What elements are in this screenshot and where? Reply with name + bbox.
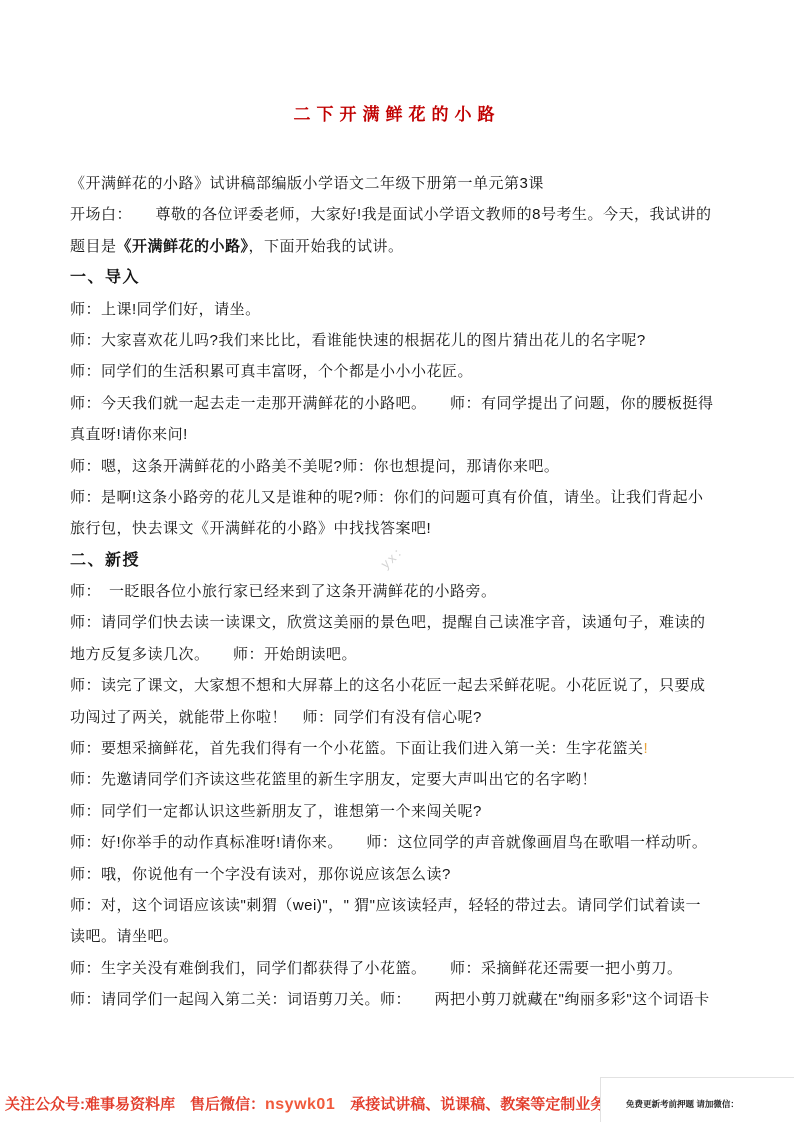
text-line: 师：哦，你说他有一个字没有读对，那你说应该怎么读? xyxy=(70,859,738,890)
text-segment: 师：先邀请同学们齐读这些花篮里的新生字朋友，定要大声叫出它的名字哟！ xyxy=(70,771,597,788)
footer-wechat-id: nsywk01 xyxy=(265,1096,335,1113)
text-segment: 二、新授 xyxy=(70,552,140,569)
text-line: 师：请同学们快去读一读课文，欣赏这美丽的景色吧，提醒自己读准字音，读通句子，难读… xyxy=(70,607,738,638)
text-line: 读吧。请坐吧。 xyxy=(70,921,738,952)
text-line: 开场白： 尊敬的各位评委老师，大家好!我是面试小学语文教师的8号考生。今天，我试… xyxy=(70,199,738,230)
text-line: 真直呀!请你来问! xyxy=(70,419,738,450)
text-line: 师：大家喜欢花儿吗?我们来比比，看谁能快速的根据花儿的图片猜出花儿的名字呢? xyxy=(70,325,738,356)
text-segment: 师：好!你举手的动作真标准呀!请你来。 师：这位同学的声音就像画眉鸟在歌唱一样动… xyxy=(70,834,707,851)
text-line: 师：对，这个词语应该读"刺猬（wei)"，" 猬"应该读轻声，轻轻的带过去。请同… xyxy=(70,890,738,921)
highlighted-text: ! xyxy=(644,740,649,757)
text-segment: 师：今天我们就一起去走一走那开满鲜花的小路吧。 师：有同学提出了问题，你的腰板挺… xyxy=(70,395,714,412)
text-segment: 读吧。请坐吧。 xyxy=(70,928,179,945)
text-segment: 师：同学们的生活积累可真丰富呀，个个都是小小小花匠。 xyxy=(70,363,473,380)
text-line: 师：请同学们一起闯入第二关：词语剪刀关。师： 两把小剪刀就藏在"绚丽多彩"这个词… xyxy=(70,984,738,1015)
footer: 关注公众号:难事易资料库 售后微信：nsywk01 承接试讲稿、说课稿、教案等定… xyxy=(0,1082,794,1122)
text-line: 师：读完了课文，大家想不想和大屏幕上的这名小花匠一起去采鲜花呢。小花匠说了，只要… xyxy=(70,670,738,701)
document-title: 二下开满鲜花的小路 xyxy=(0,0,794,125)
text-segment: 师：嗯，这条开满鲜花的小路美不美呢?师：你也想提问，那请你来吧。 xyxy=(70,458,559,475)
text-segment: 师： 一眨眼各位小旅行家已经来到了这条开满鲜花的小路旁。 xyxy=(70,583,497,600)
section-heading: 二、新授 xyxy=(70,545,738,576)
text-segment: 地方反复多读几次。 师：开始朗读吧。 xyxy=(70,646,357,663)
text-line: 师： 一眨眼各位小旅行家已经来到了这条开满鲜花的小路旁。 xyxy=(70,576,738,607)
text-segment: 一、导入 xyxy=(70,269,140,286)
text-segment: 师：上课!同学们好，请坐。 xyxy=(70,301,261,318)
text-segment: 师：对，这个词语应该读"刺猬（wei)"，" 猬"应该读轻声，轻轻的带过去。请同… xyxy=(70,897,701,914)
text-line: 师：上课!同学们好，请坐。 xyxy=(70,294,738,325)
text-line: 师：同学们的生活积累可真丰富呀，个个都是小小小花匠。 xyxy=(70,356,738,387)
text-line: 师：好!你举手的动作真标准呀!请你来。 师：这位同学的声音就像画眉鸟在歌唱一样动… xyxy=(70,827,738,858)
text-segment: 师：要想采摘鲜花，首先我们得有一个小花篮。下面让我们进入第一关：生字花篮关 xyxy=(70,740,644,757)
text-line: 师：生字关没有难倒我们，同学们都获得了小花篮。 师：采摘鲜花还需要一把小剪刀。 xyxy=(70,953,738,984)
text-segment: 师：哦，你说他有一个字没有读对，那你说应该怎么读? xyxy=(70,866,451,883)
text-segment: 师：是啊!这条小路旁的花儿又是谁种的呢?师：你们的问题可真有价值，请坐。让我们背… xyxy=(70,489,704,506)
text-segment: 功闯过了两关，就能带上你啦！ 师：同学们有没有信心呢? xyxy=(70,709,482,726)
document-body: 《开满鲜花的小路》试讲稿部编版小学语文二年级下册第一单元第3课开场白： 尊敬的各… xyxy=(70,168,738,1016)
text-line: 师：嗯，这条开满鲜花的小路美不美呢?师：你也想提问，那请你来吧。 xyxy=(70,451,738,482)
text-segment: 开场白： 尊敬的各位评委老师，大家好!我是面试小学语文教师的8号考生。今天，我试… xyxy=(70,206,712,223)
text-segment: 真直呀!请你来问! xyxy=(70,426,188,443)
text-line: 功闯过了两关，就能带上你啦！ 师：同学们有没有信心呢? xyxy=(70,702,738,733)
text-segment: 旅行包，快去课文《开满鲜花的小路》中找找答案吧! xyxy=(70,520,431,537)
text-segment: ，下面开始我的试讲。 xyxy=(249,238,404,255)
footer-note-box: 免费更新考前押题 请加微信： xyxy=(600,1077,794,1122)
text-segment: 师：同学们一定都认识这些新朋友了，谁想第一个来闯关呢? xyxy=(70,803,482,820)
text-line: 师：要想采摘鲜花，首先我们得有一个小花篮。下面让我们进入第一关：生字花篮关! xyxy=(70,733,738,764)
footer-promo-suffix: 承接试讲稿、说课稿、教案等定制业务 xyxy=(335,1096,605,1113)
text-segment: 师：请同学们快去读一读课文，欣赏这美丽的景色吧，提醒自己读准字音，读通句子，难读… xyxy=(70,614,706,631)
text-segment: 师：大家喜欢花儿吗?我们来比比，看谁能快速的根据花儿的图片猜出花儿的名字呢? xyxy=(70,332,646,349)
text-segment: 师：生字关没有难倒我们，同学们都获得了小花篮。 师：采摘鲜花还需要一把小剪刀。 xyxy=(70,960,683,977)
text-segment: 师：读完了课文，大家想不想和大屏幕上的这名小花匠一起去采鲜花呢。小花匠说了，只要… xyxy=(70,677,706,694)
footer-note: 免费更新考前押题 请加微信： xyxy=(626,1098,739,1110)
text-line: 师：是啊!这条小路旁的花儿又是谁种的呢?师：你们的问题可真有价值，请坐。让我们背… xyxy=(70,482,738,513)
text-line: 地方反复多读几次。 师：开始朗读吧。 xyxy=(70,639,738,670)
footer-promo: 关注公众号:难事易资料库 售后微信：nsywk01 承接试讲稿、说课稿、教案等定… xyxy=(5,1093,605,1114)
section-heading: 一、导入 xyxy=(70,262,738,293)
text-line: 旅行包，快去课文《开满鲜花的小路》中找找答案吧! xyxy=(70,513,738,544)
footer-promo-prefix: 关注公众号:难事易资料库 售后微信： xyxy=(5,1096,265,1113)
text-line: 师：先邀请同学们齐读这些花篮里的新生字朋友，定要大声叫出它的名字哟！ xyxy=(70,764,738,795)
text-segment: 师：请同学们一起闯入第二关：词语剪刀关。师： 两把小剪刀就藏在"绚丽多彩"这个词… xyxy=(70,991,710,1008)
text-line: 师：今天我们就一起去走一走那开满鲜花的小路吧。 师：有同学提出了问题，你的腰板挺… xyxy=(70,388,738,419)
text-line: 师：同学们一定都认识这些新朋友了，谁想第一个来闯关呢? xyxy=(70,796,738,827)
text-segment: 《开满鲜花的小路》 xyxy=(117,238,249,255)
text-segment: 《开满鲜花的小路》试讲稿部编版小学语文二年级下册第一单元第3课 xyxy=(70,175,544,192)
text-line: 题目是《开满鲜花的小路》，下面开始我的试讲。 xyxy=(70,231,738,262)
text-line: 《开满鲜花的小路》试讲稿部编版小学语文二年级下册第一单元第3课 xyxy=(70,168,738,199)
text-segment: 题目是 xyxy=(70,238,117,255)
document-page: 二下开满鲜花的小路 《开满鲜花的小路》试讲稿部编版小学语文二年级下册第一单元第3… xyxy=(0,0,794,1122)
